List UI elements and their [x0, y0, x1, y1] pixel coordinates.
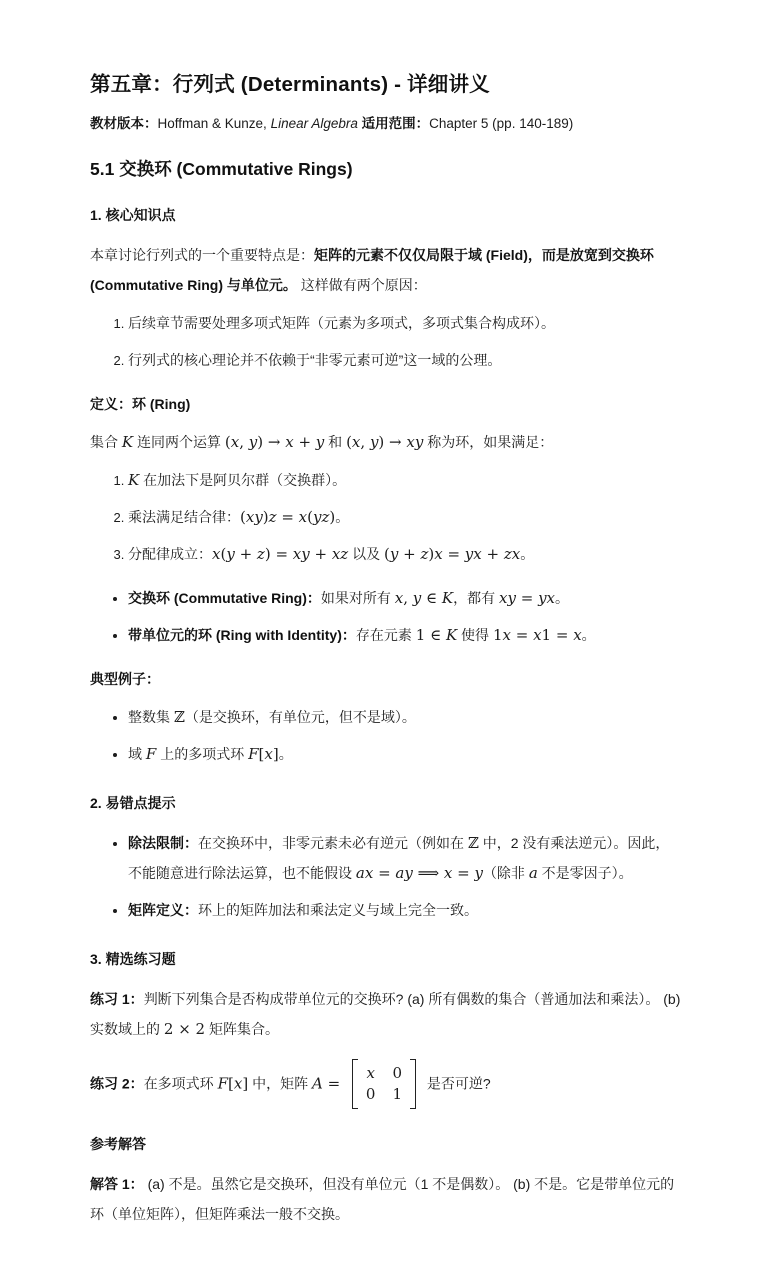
text-run: 定义：环 (Ring)	[90, 396, 190, 412]
text-run: 。	[555, 590, 569, 606]
text-run: 后续章节需要处理多项式矩阵（元素为多项式，多项式集合构成环）。	[128, 315, 555, 331]
text-run: 。	[520, 546, 534, 562]
text-run: 练习 1：	[90, 991, 144, 1007]
text-run: +	[482, 545, 504, 563]
text-run: 乘法满足结合律：	[128, 509, 240, 525]
text-run: 和	[324, 434, 346, 450]
text-run: zx	[504, 545, 520, 563]
text-run: 称为环，如果满足：	[423, 434, 553, 450]
text-run: Chapter 5 (pp. 140-189)	[429, 116, 573, 131]
matrix-entries: x001	[358, 1059, 410, 1109]
text-run: y	[413, 589, 421, 607]
text-run: ，都有	[453, 590, 499, 606]
text-run: ax	[356, 864, 373, 882]
text-run: 1. 核心知识点	[90, 207, 176, 223]
text-run: z	[269, 508, 277, 526]
text-run: F	[218, 1075, 228, 1093]
doc-meta: 教材版本：Hoffman & Kunze, Linear Algebra 适用范…	[90, 113, 682, 135]
text-run: ∈	[421, 589, 442, 607]
text-run: xy	[293, 545, 310, 563]
text-run: =	[551, 626, 573, 644]
text-run: A	[312, 1075, 323, 1093]
text-run: K	[446, 626, 457, 644]
text-run: ) →	[257, 433, 285, 451]
text-run: 在多项式环	[144, 1076, 218, 1092]
text-run: 上的多项式环	[156, 746, 248, 762]
matrix-right-bracket	[410, 1059, 416, 1109]
text-run: x	[395, 589, 403, 607]
text-run: (a) 不是。虽然它是交换环，但没有单位元（1 不是偶数）。 (b) 不是。它是…	[90, 1176, 674, 1222]
text-run: 连同两个运算	[133, 434, 225, 450]
text-run: 1	[542, 626, 552, 644]
list-item: 交换环 (Commutative Ring)：如果对所有 x, y ∈ K，都有…	[128, 583, 682, 613]
text-run: x	[285, 433, 293, 451]
text-run: ay	[395, 864, 412, 882]
text-run: 。	[335, 509, 349, 525]
exercise-2: 练习 2：在多项式环 F[x] 中，矩阵 A = x001 是否可逆?	[90, 1060, 682, 1110]
text-run: 环上的矩阵加法和乘法定义与域上完全一致。	[198, 902, 478, 918]
text-run: x	[573, 626, 581, 644]
text-run: 教材版本：	[90, 116, 158, 131]
ring-definition-intro: 集合 K 连同两个运算 (x, y) → x + y 和 (x, y) → xy…	[90, 427, 682, 457]
text-run: 这样做有两个原因：	[297, 277, 427, 293]
text-run: x	[533, 626, 541, 644]
text-run: ,	[239, 433, 249, 451]
text-run: （除非	[483, 865, 529, 881]
subsection-2-heading: 2. 易错点提示	[90, 793, 682, 814]
list-item: 除法限制：在交换环中，非零元素未必有逆元（例如在 ℤ 中，2 没有乘法逆元）。因…	[128, 828, 682, 888]
text-run: 如果对所有	[321, 590, 395, 606]
text-run: yx	[465, 545, 482, 563]
list-item: 分配律成立：x(y + z) = xy + xz 以及 (y + z)x = y…	[128, 539, 682, 569]
text-run: 除法限制：	[128, 835, 198, 851]
text-run: Linear Algebra	[271, 116, 358, 131]
list-item: 整数集 ℤ（是交换环，有单位元，但不是域）。	[128, 702, 682, 732]
text-run: y	[316, 433, 324, 451]
text-run: 矩阵集合。	[205, 1021, 279, 1037]
text-run: ∈	[425, 626, 446, 644]
text-run: 在加法下是阿贝尔群（交换群）。	[139, 472, 346, 488]
text-run: ,	[360, 433, 370, 451]
text-run: =	[323, 1075, 345, 1093]
text-run: y	[226, 545, 234, 563]
matrix-2x2: x001	[352, 1059, 416, 1109]
text-run: =	[277, 508, 299, 526]
examples-heading: 典型例子：	[90, 664, 682, 694]
list-item: 行列式的核心理论并不依赖于“非零元素可逆”这一域的公理。	[128, 345, 682, 375]
text-run: ) →	[378, 433, 406, 451]
text-run: 练习 2：	[90, 1076, 144, 1092]
text-run: =	[511, 626, 533, 644]
text-run: 3. 精选练习题	[90, 951, 176, 967]
text-run: Hoffman & Kunze,	[158, 116, 271, 131]
text-run: x	[299, 508, 307, 526]
text-run: 2 × 2	[164, 1020, 205, 1038]
list-item: K 在加法下是阿贝尔群（交换群）。	[128, 465, 682, 495]
section-5-1-heading: 5.1 交换环 (Commutative Rings)	[90, 158, 682, 181]
text-run: ℤ	[174, 708, 185, 726]
text-run: y	[474, 864, 482, 882]
text-run: xy	[406, 433, 423, 451]
matrix-cell: 0	[366, 1084, 376, 1105]
text-run: 集合	[90, 434, 122, 450]
text-run: F	[146, 745, 156, 763]
text-run: 第五章：行列式 (Determinants) - 详细讲义	[90, 73, 490, 96]
text-run: 以及	[348, 546, 384, 562]
text-run: z	[257, 545, 265, 563]
text-run: 参考解答	[90, 1136, 146, 1152]
list-item: 乘法满足结合律：(xy)z = x(yz)。	[128, 502, 682, 532]
list-item: 后续章节需要处理多项式矩阵（元素为多项式，多项式集合构成环）。	[128, 308, 682, 338]
text-run: K	[442, 589, 453, 607]
list-item: 带单位元的环 (Ring with Identity)：存在元素 1 ∈ K 使…	[128, 620, 682, 650]
text-run: x	[434, 545, 442, 563]
text-run: x	[503, 626, 511, 644]
list-item: 域 F 上的多项式环 F[x]。	[128, 739, 682, 769]
text-run: y	[249, 433, 257, 451]
text-run: ℤ	[468, 834, 479, 852]
text-run: 1	[416, 626, 426, 644]
matrix-cell: x	[366, 1063, 374, 1084]
text-run: 本章讨论行列式的一个重要特点是：	[90, 247, 314, 263]
text-run: 在交换环中，非零元素未必有逆元（例如在	[198, 835, 468, 851]
text-run: 分配律成立：	[128, 546, 212, 562]
text-run: 适用范围：	[358, 116, 429, 131]
text-run: 是否可逆?	[423, 1076, 491, 1092]
text-run: +	[294, 433, 316, 451]
list-item: 矩阵定义：环上的矩阵加法和乘法定义与域上完全一致。	[128, 895, 682, 925]
text-run: ,	[403, 589, 413, 607]
text-run: =	[516, 589, 538, 607]
answers-heading: 参考解答	[90, 1134, 682, 1155]
text-run: 2. 易错点提示	[90, 795, 176, 811]
text-run: 使得	[457, 627, 493, 643]
text-run: 中，矩阵	[248, 1076, 312, 1092]
subsection-1-heading: 1. 核心知识点	[90, 205, 682, 226]
text-run: yx	[538, 589, 555, 607]
text-run: +	[398, 545, 420, 563]
text-run: xz	[332, 545, 348, 563]
text-run: 1	[493, 626, 503, 644]
ring-definition-heading: 定义：环 (Ring)	[90, 389, 682, 419]
text-run: 整数集	[128, 709, 174, 725]
text-run: 存在元素	[356, 627, 416, 643]
document-page: 第五章：行列式 (Determinants) - 详细讲义教材版本：Hoffma…	[0, 0, 768, 1277]
reasons-list: 后续章节需要处理多项式矩阵（元素为多项式，多项式集合构成环）。行列式的核心理论并…	[90, 308, 682, 375]
text-run: xy	[246, 508, 263, 526]
examples-list: 整数集 ℤ（是交换环，有单位元，但不是域）。域 F 上的多项式环 F[x]。	[90, 702, 682, 769]
ring-variants-list: 交换环 (Commutative Ring)：如果对所有 x, y ∈ K，都有…	[90, 583, 682, 650]
text-run: +	[235, 545, 257, 563]
text-run: （是交换环，有单位元，但不是域）。	[185, 709, 416, 725]
matrix-cell: 1	[392, 1084, 402, 1105]
subsection-3-heading: 3. 精选练习题	[90, 949, 682, 970]
doc-title: 第五章：行列式 (Determinants) - 详细讲义	[90, 72, 682, 99]
text-run: yz	[313, 508, 329, 526]
matrix-cell: 0	[392, 1063, 402, 1084]
text-run: 。	[582, 627, 596, 643]
text-run: K	[122, 433, 133, 451]
text-run: 域	[128, 746, 146, 762]
text-run: 行列式的核心理论并不依赖于“非零元素可逆”这一域的公理。	[128, 352, 501, 368]
ring-axioms-list: K 在加法下是阿贝尔群（交换群）。乘法满足结合律：(xy)z = x(yz)。分…	[90, 465, 682, 569]
text-run: 带单位元的环 (Ring with Identity)：	[128, 627, 356, 643]
text-run: 矩阵定义：	[128, 902, 198, 918]
text-run: 典型例子：	[90, 671, 160, 687]
text-run: =	[443, 545, 465, 563]
text-run: 不是零因子）。	[538, 865, 633, 881]
text-run: x	[231, 433, 239, 451]
answer-1: 解答 1： (a) 不是。虽然它是交换环，但没有单位元（1 不是偶数）。 (b)…	[90, 1169, 682, 1229]
pitfalls-list: 除法限制：在交换环中，非零元素未必有逆元（例如在 ℤ 中，2 没有乘法逆元）。因…	[90, 828, 682, 925]
text-run: +	[310, 545, 332, 563]
text-run: a	[529, 864, 538, 882]
text-run: ⟹	[413, 864, 444, 882]
text-run: ) =	[265, 545, 293, 563]
exercise-1: 练习 1：判断下列集合是否构成带单位元的交换环? (a) 所有偶数的集合（普通加…	[90, 984, 682, 1044]
text-run: F	[248, 745, 258, 763]
text-run: =	[452, 864, 474, 882]
text-run: 交换环 (Commutative Ring)：	[128, 590, 321, 606]
text-run: 5.1 交换环 (Commutative Rings)	[90, 159, 353, 179]
text-run: 。	[279, 746, 293, 762]
text-run: 解答 1：	[90, 1176, 144, 1192]
text-run: xy	[499, 589, 516, 607]
intro-paragraph: 本章讨论行列式的一个重要特点是：矩阵的元素不仅仅局限于域 (Field)，而是放…	[90, 240, 682, 300]
text-run: x	[264, 745, 272, 763]
text-run: K	[128, 471, 139, 489]
text-run: =	[373, 864, 395, 882]
